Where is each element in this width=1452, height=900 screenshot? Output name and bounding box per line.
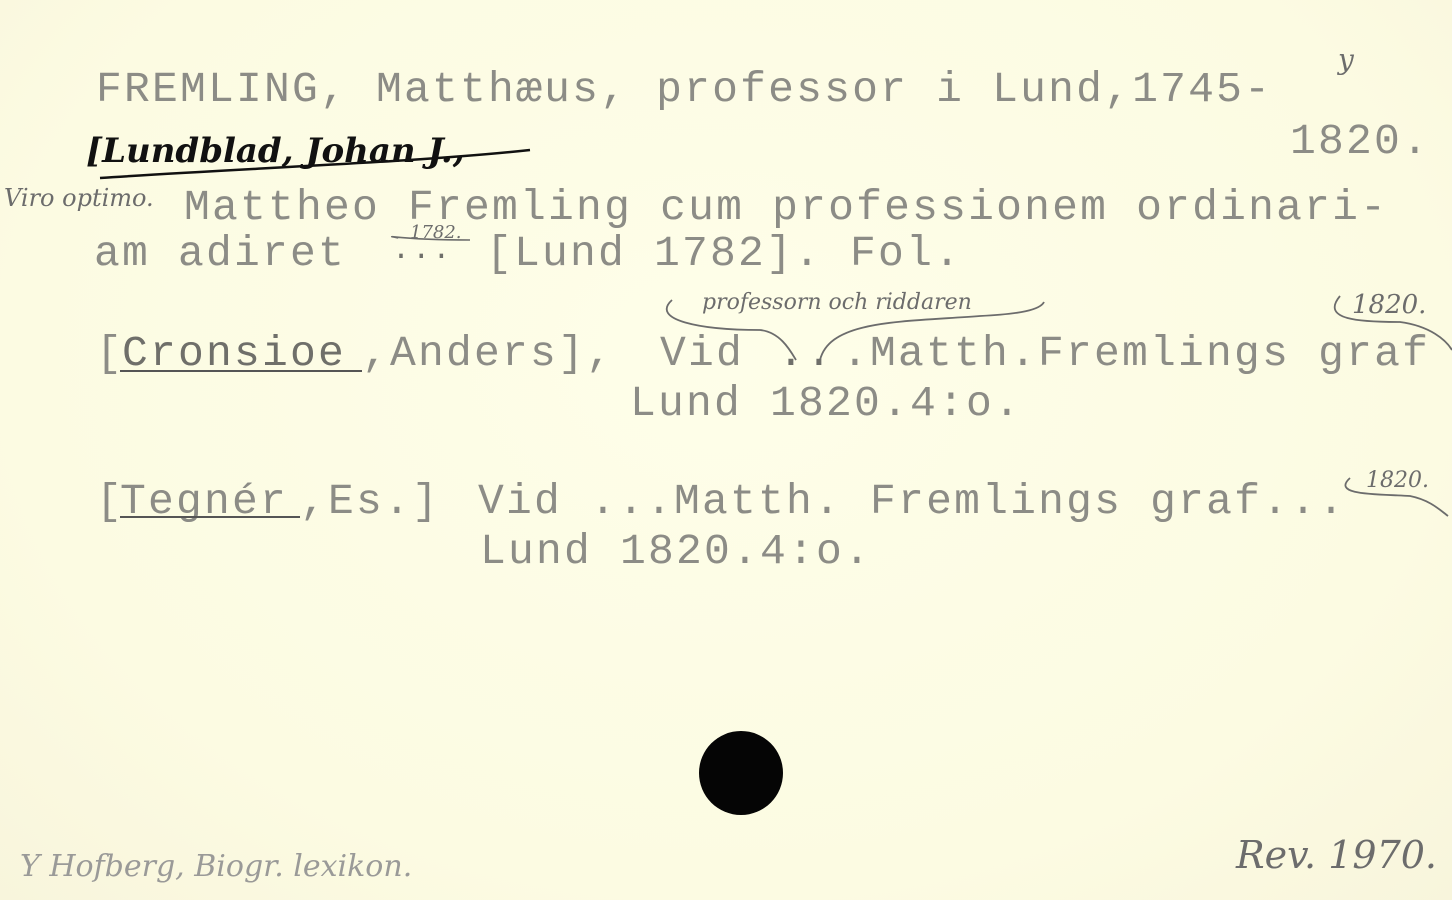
catalog-card: FREMLING, Matthæus, professor i Lund,174… [0, 0, 1452, 900]
annotation-strokes [0, 0, 1452, 900]
